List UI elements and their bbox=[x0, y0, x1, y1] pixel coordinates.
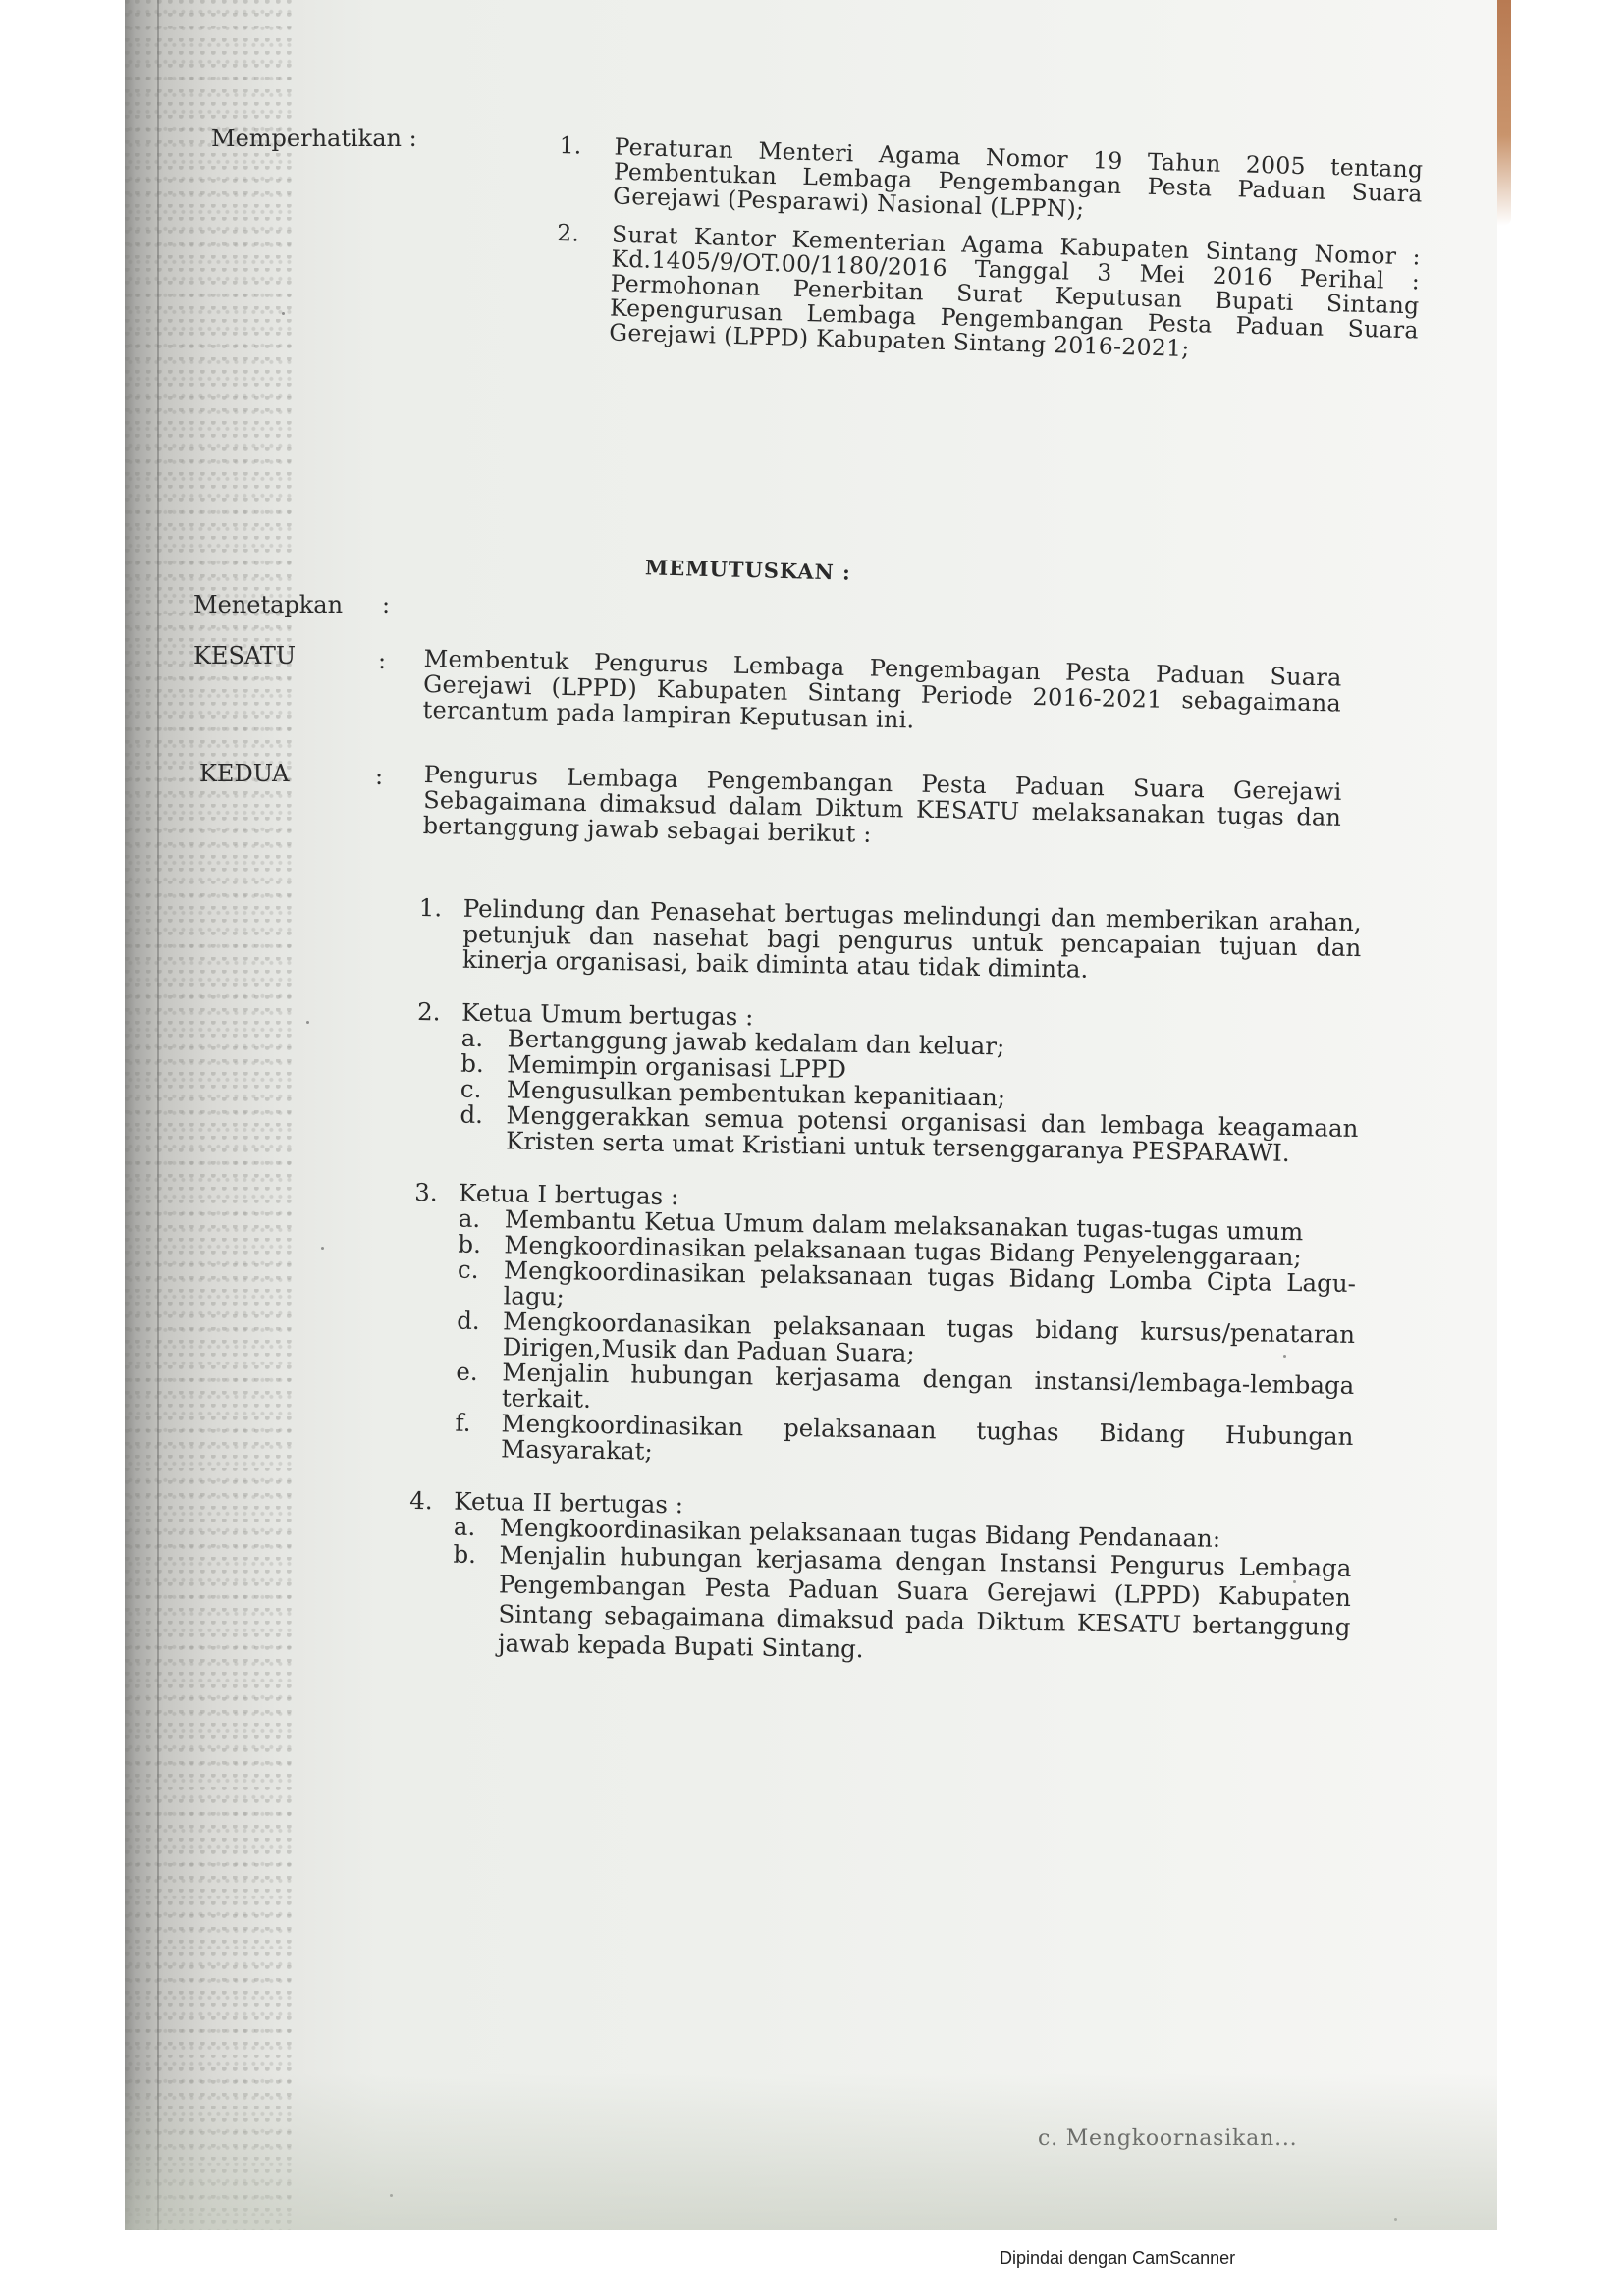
item-text: Peraturan Menteri Agama Nomor 19 Tahun 2… bbox=[613, 133, 1424, 223]
item-number: 1. bbox=[559, 133, 582, 159]
subitem-letter: a. bbox=[459, 1206, 481, 1232]
scan-speck bbox=[1293, 1580, 1296, 1583]
menetapkan-colon: : bbox=[382, 592, 390, 617]
duty-number: 4. bbox=[409, 1488, 433, 1514]
duty-subitem: b. Menjalin hubungan kerjasama dengan In… bbox=[452, 1540, 1352, 1672]
scan-speck bbox=[282, 312, 285, 315]
subitem-letter: e. bbox=[456, 1360, 478, 1385]
memperhatikan-label: Memperhatikan : bbox=[211, 126, 417, 151]
subitem-letter: f. bbox=[455, 1411, 470, 1436]
subitem-letter: a. bbox=[454, 1515, 476, 1540]
duty-pelindung: 1. Pelindung dan Penasehat bertugas meli… bbox=[418, 895, 1362, 987]
duty-subitem: f. Mengkoordinasikan pelaksanaan tughas … bbox=[455, 1411, 1354, 1475]
kesatu-colon: : bbox=[378, 648, 386, 673]
subitem-letter: b. bbox=[453, 1540, 476, 1570]
kesatu-label: KESATU bbox=[193, 643, 296, 668]
subitem-letter: b. bbox=[458, 1232, 481, 1257]
camscanner-watermark: Dipindai dengan CamScanner bbox=[1000, 2248, 1235, 2269]
scanned-page: Memperhatikan : 1. Peraturan Menteri Aga… bbox=[125, 0, 1497, 2230]
kedua-text: Pengurus Lembaga Pengembangan Pesta Padu… bbox=[423, 762, 1342, 856]
scan-speck bbox=[321, 1247, 324, 1250]
scan-speck bbox=[1394, 2218, 1397, 2221]
background-edge bbox=[1497, 0, 1511, 226]
scan-speck bbox=[390, 2194, 393, 2197]
item-text: Surat Kantor Kementerian Agama Kabupaten… bbox=[609, 221, 1421, 362]
duty-text: Pelindung dan Penasehat bertugas melindu… bbox=[462, 896, 1362, 987]
duty-ketua-umum: 2. Ketua Umum bertugas : a. Bertanggung … bbox=[415, 999, 1360, 1167]
subitem-letter: d. bbox=[457, 1308, 480, 1334]
document-content: Memperhatikan : 1. Peraturan Menteri Aga… bbox=[125, 0, 1497, 2230]
subitem-letter: c. bbox=[460, 1077, 482, 1102]
subitem-letter: a. bbox=[461, 1026, 484, 1051]
subitem-letter: d. bbox=[460, 1102, 483, 1128]
kedua-label: KEDUA bbox=[199, 761, 290, 786]
duties-list: 1. Pelindung dan Penasehat bertugas meli… bbox=[406, 895, 1361, 1691]
duty-subitem: d. Menggerakkan semua potensi organisasi… bbox=[460, 1102, 1359, 1167]
duty-number: 2. bbox=[417, 999, 441, 1025]
memperhatikan-list: 1. Peraturan Menteri Agama Nomor 19 Tahu… bbox=[554, 133, 1424, 381]
memperhatikan-item: 1. Peraturan Menteri Agama Nomor 19 Tahu… bbox=[558, 133, 1424, 232]
memperhatikan-item: 2. Surat Kantor Kementerian Agama Kabupa… bbox=[554, 221, 1421, 368]
kedua-colon: : bbox=[375, 764, 383, 789]
duty-ketua-i: 3. Ketua I bertugas : a. Membantu Ketua … bbox=[410, 1180, 1357, 1475]
scan-speck bbox=[1283, 1355, 1286, 1358]
menetapkan-label: Menetapkan bbox=[193, 592, 343, 617]
subitem-letter: c. bbox=[458, 1257, 479, 1283]
duty-number: 1. bbox=[419, 895, 443, 921]
subitem-text: Menjalin hubungan kerjasama dengan Insta… bbox=[498, 1540, 1352, 1663]
page-continuation: c. Mengkoornasikan... bbox=[1038, 2126, 1297, 2152]
kesatu-text: Membentuk Pengurus Lembaga Pengembagan P… bbox=[422, 646, 1341, 742]
duty-number: 3. bbox=[414, 1180, 438, 1205]
subitem-letter: b. bbox=[460, 1051, 484, 1077]
decision-title: MEMUTUSKAN : bbox=[645, 555, 851, 585]
duty-ketua-ii: 4. Ketua II bertugas : a. Mengkoordinasi… bbox=[407, 1488, 1353, 1672]
item-number: 2. bbox=[557, 221, 580, 246]
scan-speck bbox=[306, 1021, 309, 1024]
